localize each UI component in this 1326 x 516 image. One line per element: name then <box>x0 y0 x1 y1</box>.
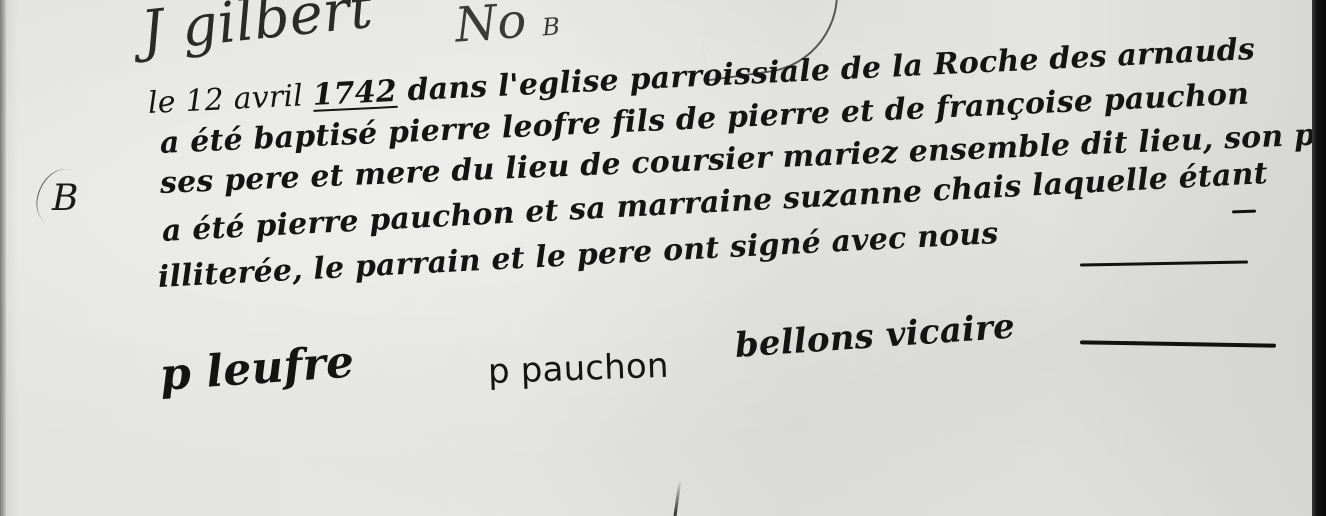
header-number-marker: B <box>541 12 561 41</box>
record-year: 1742 <box>312 74 398 113</box>
binding-edge <box>1312 0 1326 516</box>
signature-closing-rule <box>1080 340 1276 347</box>
paper-crease <box>674 480 682 516</box>
margin-entry-mark: B <box>52 178 79 219</box>
signature-godfather-leofre: p leufre <box>158 336 356 400</box>
register-page: J gilbert No B B le 12 avril 1742 dans l… <box>0 0 1312 516</box>
signature-pauchon: p pauchon <box>487 346 669 392</box>
header-number: No B <box>453 0 561 54</box>
header-name: J gilbert <box>138 0 376 65</box>
signature-vicar: bellons vicaire <box>734 306 1017 365</box>
line-filler-rule <box>1080 261 1248 267</box>
record-date: le 12 avril <box>147 78 313 121</box>
line-filler-rule <box>1232 210 1256 214</box>
header-number-label: No <box>453 0 528 54</box>
